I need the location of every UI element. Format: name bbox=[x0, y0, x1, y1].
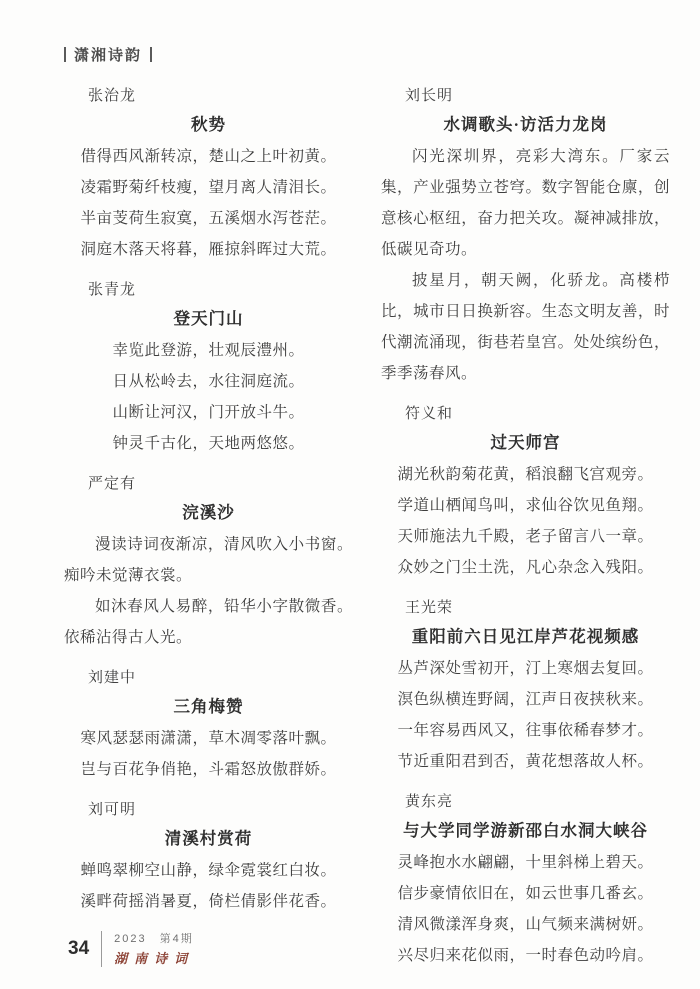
poem-section-dengtianmenshan: 张青龙 登天门山 幸览此登游，壮观辰澧州。 日从松岭去，水往洞庭流。 山断让河汉… bbox=[64, 278, 353, 459]
poem-section-shuidiaogetou: 刘长明 水调歌头·访活力龙岗 闪光深圳界，亮彩大湾东。厂家云集，产业强势立苍穹。… bbox=[381, 84, 670, 389]
footer-divider bbox=[101, 931, 102, 967]
poem-line: 一年容易西风又，往事依稀春梦才。 bbox=[381, 715, 670, 746]
header-left-bar bbox=[64, 47, 66, 62]
poem-line: 溟色纵横连野阔，江声日夜挟秋来。 bbox=[381, 684, 670, 715]
poem-section-baishuidong: 黄东亮 与大学同学游新邵白水洞大峡谷 灵峰抱水水翩翩，十里斜梯上碧天。 信步豪情… bbox=[381, 790, 670, 971]
poem-title: 与大学同学游新邵白水洞大峡谷 bbox=[381, 817, 670, 841]
poem-title: 登天门山 bbox=[64, 305, 353, 329]
poem-line: 清风微漾浑身爽，山气频来满树妍。 bbox=[381, 909, 670, 940]
poem-author: 符义和 bbox=[405, 402, 670, 423]
poem-author: 张治龙 bbox=[88, 84, 353, 105]
poem-section-qingxicun: 刘可明 清溪村赏荷 蝉鸣翠柳空山静，绿伞霓裳红白妆。 溪畔荷摇消暑夏，倚栏倩影伴… bbox=[64, 798, 353, 917]
page-number: 34 bbox=[68, 938, 89, 960]
poem-paragraph: 披星月，朝天阙，化骄龙。高楼栉比，城市日日换新容。生态文明友善，时代潮流涌现，街… bbox=[381, 265, 670, 389]
poem-line: 借得西风渐转凉，楚山之上叶初黄。 bbox=[64, 141, 353, 172]
poem-line: 学道山栖闻鸟叫，求仙谷饮见鱼翔。 bbox=[381, 490, 670, 521]
poem-section-chongyang: 王光荣 重阳前六日见江岸芦花视频感 丛芦深处雪初开，汀上寒烟去复回。 溟色纵横连… bbox=[381, 596, 670, 777]
poem-line: 幸览此登游，壮观辰澧州。 bbox=[64, 335, 353, 366]
journal-page: 潇湘诗韵 张治龙 秋势 借得西风渐转凉，楚山之上叶初黄。 凌霜野菊纤枝瘦，望月离… bbox=[0, 0, 700, 989]
left-column: 张治龙 秋势 借得西风渐转凉，楚山之上叶初黄。 凌霜野菊纤枝瘦，望月离人清泪长。… bbox=[64, 84, 353, 984]
poem-line: 信步豪情依旧在，如云世事几番玄。 bbox=[381, 878, 670, 909]
poem-line: 节近重阳君到否，黄花想落故人杯。 bbox=[381, 746, 670, 777]
poem-author: 刘可明 bbox=[88, 798, 353, 819]
right-column: 刘长明 水调歌头·访活力龙岗 闪光深圳界，亮彩大湾东。厂家云集，产业强势立苍穹。… bbox=[381, 84, 670, 984]
poem-section-sanjiaomeizan: 刘建中 三角梅赞 寒风瑟瑟雨潇潇，草木凋零落叶飘。 岂与百花争俏艳，斗霜怒放傲群… bbox=[64, 666, 353, 785]
poem-line: 日从松岭去，水往洞庭流。 bbox=[64, 366, 353, 397]
poem-line: 半亩芰荷生寂寞，五溪烟水泻苍茫。 bbox=[64, 203, 353, 234]
poem-line: 天师施法九千殿，老子留言八一章。 bbox=[381, 521, 670, 552]
poem-section-huanxisha: 严定有 浣溪沙 漫读诗词夜渐凉，清风吹入小书窗。痴吟未觉薄衣裳。 如沐春风人易醉… bbox=[64, 472, 353, 653]
poem-line: 凌霜野菊纤枝瘦，望月离人清泪长。 bbox=[64, 172, 353, 203]
poem-author: 张青龙 bbox=[88, 278, 353, 299]
poem-line: 湖光秋韵菊花黄，稻浪翻飞宫观旁。 bbox=[381, 459, 670, 490]
poem-line: 众妙之门尘土洗，凡心杂念入残阳。 bbox=[381, 552, 670, 583]
poem-paragraph: 闪光深圳界，亮彩大湾东。厂家云集，产业强势立苍穹。数字智能仓廪，创意核心枢纽，奋… bbox=[381, 141, 670, 265]
poem-title: 三角梅赞 bbox=[64, 693, 353, 717]
poem-title: 秋势 bbox=[64, 111, 353, 135]
poem-line: 兴尽归来花似雨，一时春色动吟肩。 bbox=[381, 940, 670, 971]
poem-line: 山断让河汉，门开放斗牛。 bbox=[64, 397, 353, 428]
poem-author: 严定有 bbox=[88, 472, 353, 493]
poem-title: 水调歌头·访活力龙岗 bbox=[381, 111, 670, 135]
poem-section-guotianshigong: 符义和 过天师宫 湖光秋韵菊花黄，稻浪翻飞宫观旁。 学道山栖闻鸟叫，求仙谷饮见鱼… bbox=[381, 402, 670, 583]
poem-line: 岂与百花争俏艳，斗霜怒放傲群娇。 bbox=[64, 754, 353, 785]
poem-line: 蝉鸣翠柳空山静，绿伞霓裳红白妆。 bbox=[64, 855, 353, 886]
issue-block: 2023 第4期 湖南诗词 bbox=[114, 930, 194, 967]
page-footer: 34 2023 第4期 湖南诗词 bbox=[68, 930, 194, 967]
poem-title: 重阳前六日见江岸芦花视频感 bbox=[381, 623, 670, 647]
poem-line: 钟灵千古化，天地两悠悠。 bbox=[64, 428, 353, 459]
page-content: 张治龙 秋势 借得西风渐转凉，楚山之上叶初黄。 凌霜野菊纤枝瘦，望月离人清泪长。… bbox=[64, 84, 670, 984]
poem-author: 刘长明 bbox=[405, 84, 670, 105]
poem-title: 浣溪沙 bbox=[64, 499, 353, 523]
poem-author: 王光荣 bbox=[405, 596, 670, 617]
poem-line: 溪畔荷摇消暑夏，倚栏倩影伴花香。 bbox=[64, 886, 353, 917]
journal-name-logo: 湖南诗词 bbox=[114, 948, 194, 967]
poem-line: 寒风瑟瑟雨潇潇，草木凋零落叶飘。 bbox=[64, 723, 353, 754]
header-right-bar bbox=[150, 47, 152, 62]
poem-line: 丛芦深处雪初开，汀上寒烟去复回。 bbox=[381, 653, 670, 684]
poem-author: 刘建中 bbox=[88, 666, 353, 687]
poem-paragraph: 如沐春风人易醉，铅华小字散微香。依稀沾得古人光。 bbox=[64, 591, 353, 653]
poem-section-qiushi: 张治龙 秋势 借得西风渐转凉，楚山之上叶初黄。 凌霜野菊纤枝瘦，望月离人清泪长。… bbox=[64, 84, 353, 265]
poem-title: 清溪村赏荷 bbox=[64, 825, 353, 849]
poem-line: 灵峰抱水水翩翩，十里斜梯上碧天。 bbox=[381, 847, 670, 878]
column-header-title: 潇湘诗韵 bbox=[74, 44, 142, 65]
poem-title: 过天师宫 bbox=[381, 429, 670, 453]
poem-author: 黄东亮 bbox=[405, 790, 670, 811]
poem-line: 洞庭木落天将暮，雁掠斜晖过大荒。 bbox=[64, 234, 353, 265]
poem-paragraph: 漫读诗词夜渐凉，清风吹入小书窗。痴吟未觉薄衣裳。 bbox=[64, 529, 353, 591]
issue-info: 2023 第4期 bbox=[114, 930, 194, 946]
column-header: 潇湘诗韵 bbox=[64, 44, 152, 65]
